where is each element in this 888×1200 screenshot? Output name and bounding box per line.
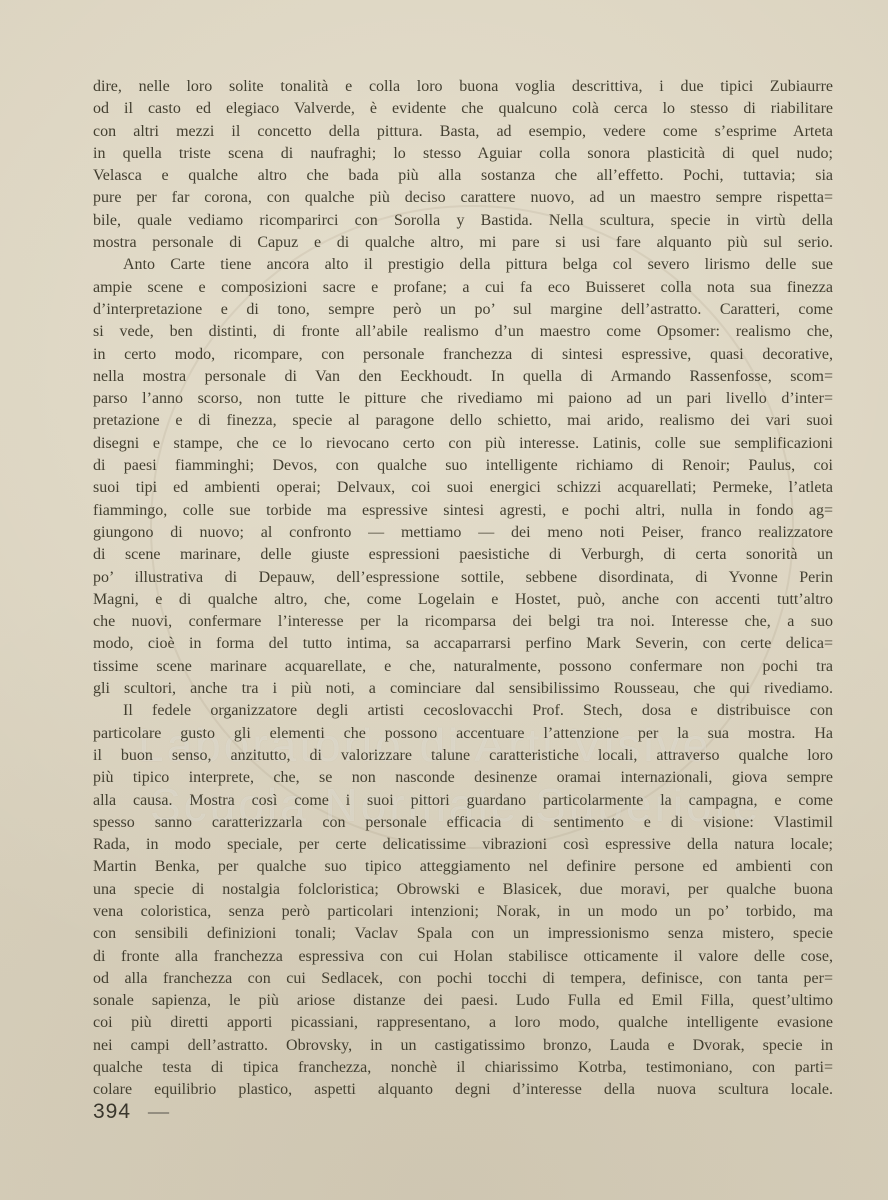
page-footer: 394— [93, 1099, 170, 1124]
text-line: od alla franchezza con cui Sedlacek, con… [93, 968, 833, 990]
paragraph-3: Il fedele organizzatore degli artisti ce… [93, 700, 833, 1101]
page-number: 394 [93, 1100, 131, 1123]
text-line: di scene marinare, delle giuste espressi… [93, 544, 833, 566]
text-line: pretazione e di finezza, specie al parag… [93, 410, 833, 432]
text-line: vena coloristica, senza però particolari… [93, 901, 833, 923]
text-line: sonale sapienza, le più ariose distanze … [93, 990, 833, 1012]
text-line: nella mostra personale di Van den Eeckho… [93, 366, 833, 388]
text-line: od il casto ed elegiaco Valverde, è evid… [93, 98, 833, 120]
text-line: Rada, in modo speciale, per certe delica… [93, 834, 833, 856]
text-line: Anto Carte tiene ancora alto il prestigi… [93, 254, 833, 276]
text-line: ampie scene e composizioni sacre e profa… [93, 277, 833, 299]
text-line: con altri mezzi il concetto della pittur… [93, 121, 833, 143]
text-line: gli scultori, anche tra i più noti, a co… [93, 678, 833, 700]
text-line: si vede, ben distinti, di fronte all’abi… [93, 321, 833, 343]
footer-dash: — [148, 1099, 170, 1123]
text-line: con sensibili definizioni tonali; Vaclav… [93, 923, 833, 945]
text-line: Velasca e qualche altro che bada più all… [93, 165, 833, 187]
text-line: di fronte alla franchezza espressiva con… [93, 946, 833, 968]
text-line: dire, nelle loro solite tonalità e colla… [93, 76, 833, 98]
text-line: disegni e stampe, che ce lo rievocano ce… [93, 433, 833, 455]
scanned-book-page: Laboratorio di Arti Visive Scuola Normal… [0, 0, 888, 1200]
text-line: po’ illustrativa di Depauw, dell’espress… [93, 567, 833, 589]
text-line: tissime scene marinare acquarellate, e c… [93, 656, 833, 678]
text-line: Il fedele organizzatore degli artisti ce… [93, 700, 833, 722]
text-line: una specie di nostalgia folcloristica; O… [93, 879, 833, 901]
text-line: che nuovi, confermare l’interesse per la… [93, 611, 833, 633]
text-line: coi più diretti apporti picassiani, rapp… [93, 1012, 833, 1034]
text-line: parso l’anno scorso, non tutte le pittur… [93, 388, 833, 410]
text-line: suoi tipi ed ambienti operai; Delvaux, c… [93, 477, 833, 499]
text-line: Martin Benka, per qualche suo tipico att… [93, 856, 833, 878]
paragraph-1: dire, nelle loro solite tonalità e colla… [93, 76, 833, 254]
text-line: giungono di nuovo; al confronto — mettia… [93, 522, 833, 544]
text-line: di paesi fiamminghi; Devos, con qualche … [93, 455, 833, 477]
text-line: d’interpretazione e di tono, sempre però… [93, 299, 833, 321]
text-line: spesso sanno caratterizzarla con persona… [93, 812, 833, 834]
text-line: Magni, e di qualche altro, che, come Log… [93, 589, 833, 611]
text-line: nei campi dell’astratto. Obrovsky, in un… [93, 1035, 833, 1057]
text-line: qualche testa di tipica franchezza, nonc… [93, 1057, 833, 1079]
text-line: colare equilibrio plastico, aspetti alqu… [93, 1079, 833, 1101]
text-line: pure per far corona, con qualche più dec… [93, 187, 833, 209]
text-line: mostra personale di Capuz e di qualche a… [93, 232, 833, 254]
page-text-block: dire, nelle loro solite tonalità e colla… [93, 76, 833, 1102]
text-line: bile, quale vediamo ricomparirci con Sor… [93, 210, 833, 232]
text-line: in quella triste scena di naufraghi; lo … [93, 143, 833, 165]
text-line: più tipico interprete, che, se non nasco… [93, 767, 833, 789]
text-line: fiammingo, colle sue torbide ma espressi… [93, 500, 833, 522]
text-line: il buon senso, anzitutto, di valorizzare… [93, 745, 833, 767]
text-line: modo, cioè in forma del tutto intima, sa… [93, 633, 833, 655]
paragraph-2: Anto Carte tiene ancora alto il prestigi… [93, 254, 833, 700]
text-line: alla causa. Mostra così come i suoi pitt… [93, 790, 833, 812]
text-line: particolare gusto gli elementi che posso… [93, 723, 833, 745]
text-line: in certo modo, ricompare, con personale … [93, 344, 833, 366]
